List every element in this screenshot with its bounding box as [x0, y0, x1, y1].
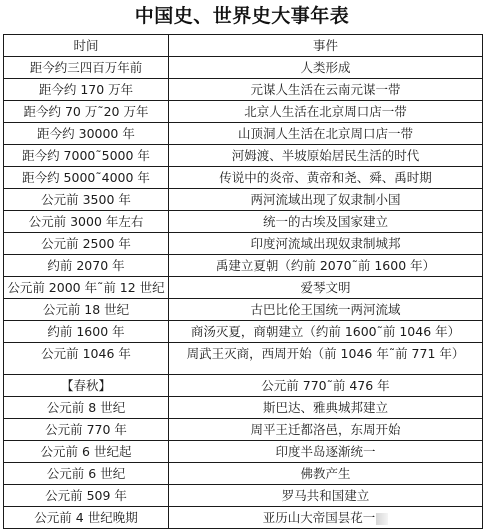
cell-time: 公元前 4 世纪晚期: [4, 507, 169, 529]
cell-event: 罗马共和国建立: [169, 485, 483, 507]
table-row: 公元前 509 年 罗马共和国建立: [4, 485, 483, 507]
table-row: 公元前 6 世纪 佛教产生: [4, 463, 483, 485]
cell-event: 印度河流域出现奴隶制城邦: [169, 233, 483, 255]
watermark-fade: [376, 513, 388, 525]
cell-time: 公元前 2500 年: [4, 233, 169, 255]
table-row: 距今约三四百万年前 人类形成: [4, 57, 483, 79]
table-row: 公元前 8 世纪 斯巴达、雅典城邦建立: [4, 397, 483, 419]
table-row: 距今约 30000 年 山顶洞人生活在北京周口店一带: [4, 123, 483, 145]
cell-time: 公元前 3000 年左右: [4, 211, 169, 233]
cell-time: 公元前 509 年: [4, 485, 169, 507]
cell-time: 公元前 2000 年˜前 12 世纪: [4, 277, 169, 299]
table-row: 公元前 770 年 周平王迁都洛邑，东周开始: [4, 419, 483, 441]
table-row: 公元前 6 世纪起 印度半岛逐渐统一: [4, 441, 483, 463]
table-row: 约前 2070 年 禹建立夏朝（约前 2070˜前 1600 年）: [4, 255, 483, 277]
cell-event: 北京人生活在北京周口店一带: [169, 101, 483, 123]
cell-event: 爱琴文明: [169, 277, 483, 299]
cell-event: 亚历山大帝国昙花一: [169, 507, 483, 529]
table-row: 公元前 1046 年 周武王灭商，西周开始（前 1046 年˜前 771 年）: [4, 343, 483, 375]
cell-event: 佛教产生: [169, 463, 483, 485]
cell-time: 公元前 8 世纪: [4, 397, 169, 419]
table-row: 距今约 70 万˜20 万年 北京人生活在北京周口店一带: [4, 101, 483, 123]
cell-time: 公元前 6 世纪起: [4, 441, 169, 463]
cell-time: 约前 2070 年: [4, 255, 169, 277]
cell-event: 河姆渡、半坡原始居民生活的时代: [169, 145, 483, 167]
cell-time: 约前 1600 年: [4, 321, 169, 343]
column-header-time: 时间: [4, 35, 169, 57]
cell-time: 公元前 3500 年: [4, 189, 169, 211]
cell-time: 公元前 1046 年: [4, 343, 169, 375]
table-row: 距今约 5000˜4000 年 传说中的炎帝、黄帝和尧、舜、禹时期: [4, 167, 483, 189]
table-row: 公元前 2500 年 印度河流域出现奴隶制城邦: [4, 233, 483, 255]
page-title: 中国史、世界史大事年表: [0, 2, 484, 30]
cell-event: 两河流域出现了奴隶制小国: [169, 189, 483, 211]
cell-time: 【春秋】: [4, 375, 169, 397]
cell-event: 周平王迁都洛邑，东周开始: [169, 419, 483, 441]
table-row-section-spring-autumn: 【春秋】 公元前 770˜前 476 年: [4, 375, 483, 397]
chronology-table: 时间 事件 距今约三四百万年前 人类形成 距今约 170 万年 元谋人生活在云南…: [3, 34, 483, 529]
column-header-event: 事件: [169, 35, 483, 57]
cell-event: 公元前 770˜前 476 年: [169, 375, 483, 397]
cell-event: 禹建立夏朝（约前 2070˜前 1600 年）: [169, 255, 483, 277]
table-row: 约前 1600 年 商汤灭夏，商朝建立（约前 1600˜前 1046 年）: [4, 321, 483, 343]
cell-event: 元谋人生活在云南元谋一带: [169, 79, 483, 101]
cell-event: 商汤灭夏，商朝建立（约前 1600˜前 1046 年）: [169, 321, 483, 343]
table-row: 公元前 4 世纪晚期 亚历山大帝国昙花一: [4, 507, 483, 529]
table-row: 公元前 18 世纪 古巴比伦王国统一两河流域: [4, 299, 483, 321]
table-row: 距今约 170 万年 元谋人生活在云南元谋一带: [4, 79, 483, 101]
cell-event: 斯巴达、雅典城邦建立: [169, 397, 483, 419]
cell-event: 山顶洞人生活在北京周口店一带: [169, 123, 483, 145]
cell-time: 距今约 170 万年: [4, 79, 169, 101]
cell-time: 公元前 6 世纪: [4, 463, 169, 485]
table-row: 公元前 3500 年 两河流域出现了奴隶制小国: [4, 189, 483, 211]
table-row: 公元前 2000 年˜前 12 世纪 爱琴文明: [4, 277, 483, 299]
cell-event-text: 亚历山大帝国昙花一: [263, 510, 376, 525]
cell-event: 传说中的炎帝、黄帝和尧、舜、禹时期: [169, 167, 483, 189]
cell-time: 距今约 70 万˜20 万年: [4, 101, 169, 123]
cell-event: 古巴比伦王国统一两河流域: [169, 299, 483, 321]
cell-time: 距今约 7000˜5000 年: [4, 145, 169, 167]
cell-event: 统一的古埃及国家建立: [169, 211, 483, 233]
cell-time: 公元前 18 世纪: [4, 299, 169, 321]
cell-time: 距今约 5000˜4000 年: [4, 167, 169, 189]
table-row: 距今约 7000˜5000 年 河姆渡、半坡原始居民生活的时代: [4, 145, 483, 167]
cell-time: 公元前 770 年: [4, 419, 169, 441]
cell-event: 人类形成: [169, 57, 483, 79]
cell-time: 距今约 30000 年: [4, 123, 169, 145]
cell-event: 周武王灭商，西周开始（前 1046 年˜前 771 年）: [169, 343, 483, 375]
table-header-row: 时间 事件: [4, 35, 483, 57]
cell-event: 印度半岛逐渐统一: [169, 441, 483, 463]
table-row: 公元前 3000 年左右 统一的古埃及国家建立: [4, 211, 483, 233]
cell-time: 距今约三四百万年前: [4, 57, 169, 79]
